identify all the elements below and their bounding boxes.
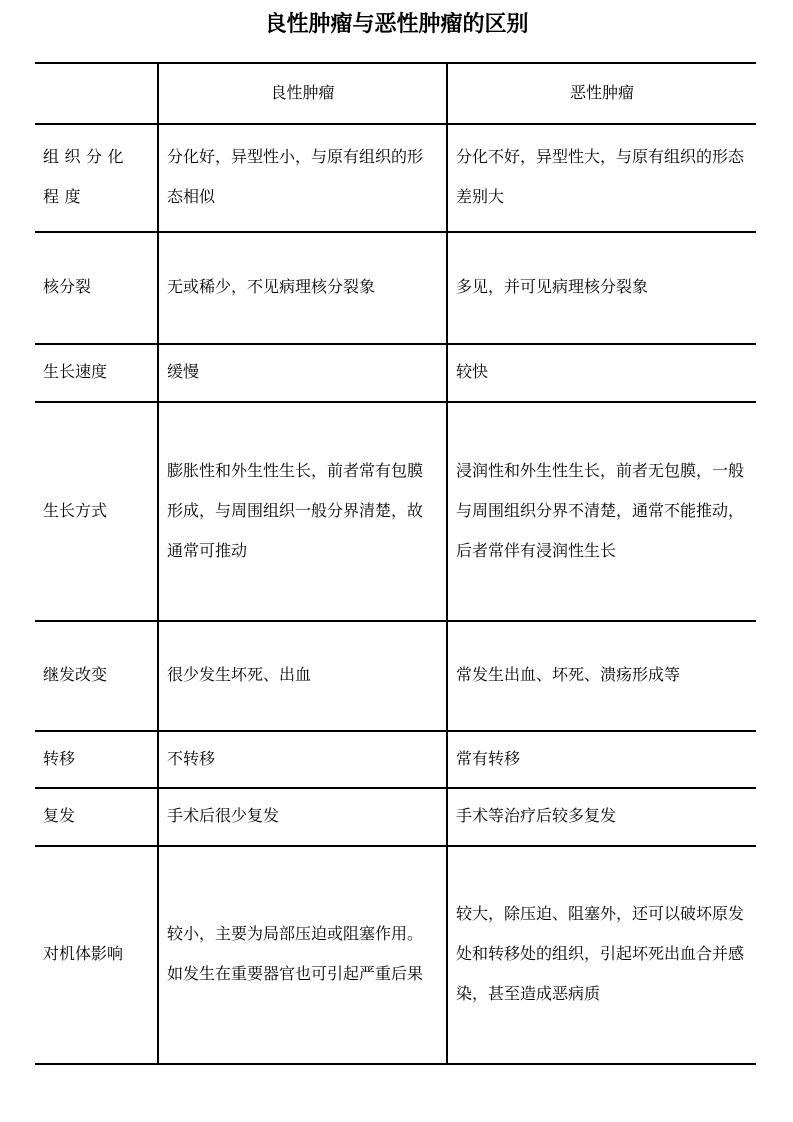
table-row: 转移 不转移 常有转移 — [35, 731, 756, 788]
malignant-cell: 多见，并可见病理核分裂象 — [447, 232, 756, 344]
benign-cell: 较小，主要为局部压迫或阻塞作用。如发生在重要器官也可引起严重后果 — [158, 846, 447, 1064]
benign-cell: 不转移 — [158, 731, 447, 788]
table-header-row: 良性肿瘤 恶性肿瘤 — [35, 63, 756, 124]
benign-cell: 手术后很少复发 — [158, 788, 447, 846]
benign-cell: 膨胀性和外生性生长，前者常有包膜形成，与周围组织一般分界清楚，故通常可推动 — [158, 402, 447, 621]
table-row: 组织分化程度 分化好，异型性小，与原有组织的形态相似 分化不好，异型性大，与原有… — [35, 124, 756, 232]
benign-cell: 很少发生坏死、出血 — [158, 621, 447, 731]
table-row: 复发 手术后很少复发 手术等治疗后较多复发 — [35, 788, 756, 846]
row-label-cell: 生长方式 — [35, 402, 158, 621]
table-row: 生长方式 膨胀性和外生性生长，前者常有包膜形成，与周围组织一般分界清楚，故通常可… — [35, 402, 756, 621]
benign-cell: 无或稀少，不见病理核分裂象 — [158, 232, 447, 344]
document-page: 良性肿瘤与恶性肿瘤的区别 良性肿瘤 恶性肿瘤 组织分化程度 分化好，异型性小，与… — [0, 0, 793, 1122]
row-label-cell: 继发改变 — [35, 621, 158, 731]
row-label-cell: 核分裂 — [35, 232, 158, 344]
malignant-cell: 浸润性和外生性生长，前者无包膜，一般与周围组织分界不清楚，通常不能推动，后者常伴… — [447, 402, 756, 621]
benign-column-header: 良性肿瘤 — [158, 63, 447, 124]
row-label-cell: 生长速度 — [35, 344, 158, 402]
table-row: 核分裂 无或稀少，不见病理核分裂象 多见，并可见病理核分裂象 — [35, 232, 756, 344]
malignant-cell: 手术等治疗后较多复发 — [447, 788, 756, 846]
malignant-column-header: 恶性肿瘤 — [447, 63, 756, 124]
table-row: 对机体影响 较小，主要为局部压迫或阻塞作用。如发生在重要器官也可引起严重后果 较… — [35, 846, 756, 1064]
malignant-cell: 常有转移 — [447, 731, 756, 788]
benign-cell: 分化好，异型性小，与原有组织的形态相似 — [158, 124, 447, 232]
corner-cell — [35, 63, 158, 124]
comparison-table: 良性肿瘤 恶性肿瘤 组织分化程度 分化好，异型性小，与原有组织的形态相似 分化不… — [35, 62, 756, 1065]
table-row: 生长速度 缓慢 较快 — [35, 344, 756, 402]
malignant-cell: 较快 — [447, 344, 756, 402]
malignant-cell: 常发生出血、坏死、溃疡形成等 — [447, 621, 756, 731]
malignant-cell: 较大，除压迫、阻塞外，还可以破坏原发处和转移处的组织，引起坏死出血合并感染，甚至… — [447, 846, 756, 1064]
table-row: 继发改变 很少发生坏死、出血 常发生出血、坏死、溃疡形成等 — [35, 621, 756, 731]
row-label-cell: 复发 — [35, 788, 158, 846]
benign-cell: 缓慢 — [158, 344, 447, 402]
row-label-cell: 转移 — [35, 731, 158, 788]
row-label-cell: 组织分化程度 — [35, 124, 158, 232]
malignant-cell: 分化不好，异型性大，与原有组织的形态差别大 — [447, 124, 756, 232]
row-label-cell: 对机体影响 — [35, 846, 158, 1064]
page-title: 良性肿瘤与恶性肿瘤的区别 — [0, 0, 793, 37]
